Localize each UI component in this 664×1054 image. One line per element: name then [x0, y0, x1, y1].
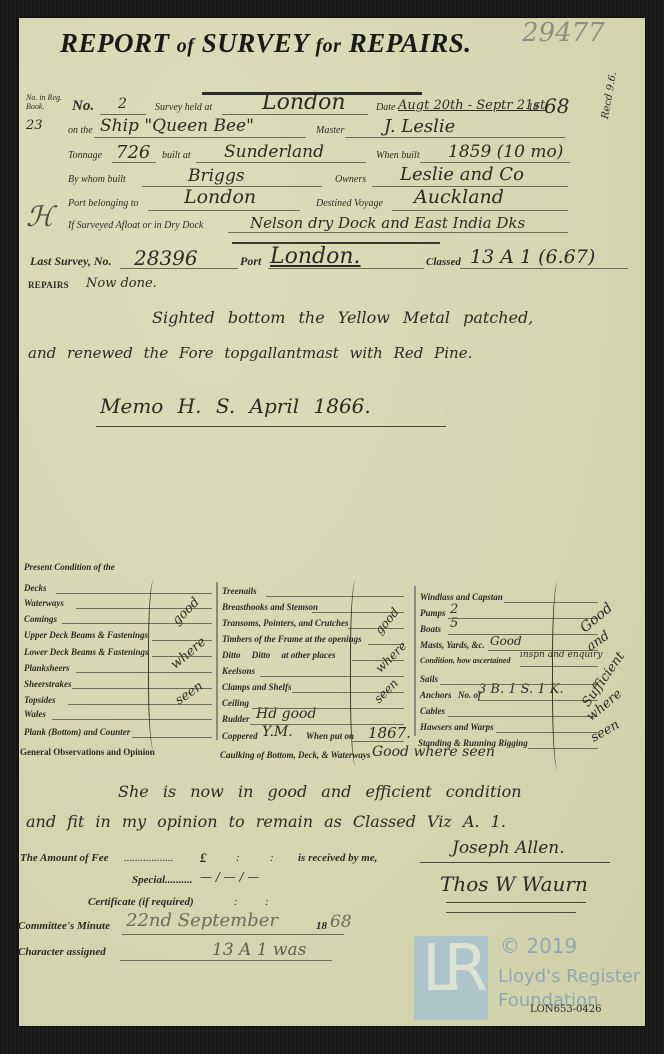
cond-transoms: Transoms, Pointers, and Crutches	[222, 618, 348, 628]
rudder-label: Rudder	[222, 714, 250, 724]
archive-number: 29477	[522, 18, 605, 48]
column-divider-1	[216, 582, 218, 740]
repairs-label: REPAIRS	[28, 280, 69, 290]
cond-cables: Cables	[420, 706, 445, 716]
cond-plank-bottom: Plank (Bottom) and Counter	[24, 727, 130, 737]
fee-sep-1: :	[236, 852, 240, 864]
tonnage-value: 726	[116, 142, 150, 163]
date-value: Augt 20th - Septr 21st	[398, 98, 545, 113]
when-put-on-value: 1867.	[368, 724, 411, 742]
special-label: Special..........	[132, 874, 193, 886]
character-assigned-value: 13 A 1 was	[212, 940, 306, 960]
owners-label: Owners	[335, 174, 366, 185]
by-whom-built-value: Briggs	[188, 166, 245, 186]
cond-ceiling: Ceiling	[222, 698, 249, 708]
surveyor-signature-2: Thos W Waurn	[440, 872, 588, 896]
year-prefix: 18	[528, 102, 538, 113]
page-title: REPORT of SURVEY for REPAIRS.	[60, 28, 472, 59]
cond-decks: Decks	[24, 583, 47, 593]
built-at-value: Sunderland	[224, 142, 324, 162]
cond-timbers-other: Ditto Ditto at other places	[222, 650, 336, 660]
port-belonging-label: Port belonging to	[68, 198, 139, 209]
date-label: Date	[376, 102, 395, 113]
cond-lower-deck-beams: Lower Deck Beams & Fastenings	[24, 647, 149, 657]
cond-boats: Boats	[420, 624, 441, 634]
character-assigned-label: Character assigned	[18, 946, 106, 958]
last-survey-label: Last Survey, No.	[30, 254, 112, 269]
port-belonging-value: London	[184, 186, 256, 208]
cond-timbers-openings: Timbers of the Frame at the openings	[222, 634, 362, 644]
cond-comings: Comings	[24, 614, 57, 624]
master-value: J. Leslie	[384, 116, 455, 137]
classed-value: 13 A 1 (6.67)	[470, 246, 595, 268]
brace-col-3	[552, 582, 566, 770]
fee-dots: ..................	[124, 852, 174, 864]
condition-heading: Present Condition of the	[24, 562, 115, 572]
cond-sails: Sails	[420, 674, 438, 684]
destined-voyage-value: Auckland	[414, 186, 504, 208]
by-whom-built-label: By whom built	[68, 174, 126, 185]
memo-line: Memo H. S. April 1866.	[100, 394, 371, 418]
repairs-line-1: Now done.	[86, 276, 157, 291]
margin-initials-left: ℋ	[26, 200, 54, 233]
tonnage-label: Tonnage	[68, 150, 102, 161]
last-survey-port-label: Port	[240, 254, 261, 269]
general-observations-label: General Observations and Opinion	[20, 747, 155, 757]
cond-wales: Wales	[24, 709, 46, 719]
committee-minute-value: 22nd September	[126, 910, 278, 931]
cond-rigging: Standing & Running Rigging	[418, 738, 528, 748]
last-survey-number: 28396	[134, 246, 198, 270]
no-value: 2	[118, 96, 127, 112]
cond-sheerstrakes: Sheerstrakes	[24, 679, 72, 689]
reg-book-label: No. in Reg. Book.	[26, 93, 66, 111]
owners-value: Leslie and Co	[400, 164, 524, 185]
watermark-org-line-1: Lloyd's Register	[498, 966, 640, 987]
repairs-line-3: and renewed the Fore topgallantmast with…	[28, 344, 472, 362]
brace-col-2	[350, 580, 364, 766]
master-label: Master	[316, 125, 344, 136]
cond-breasthooks: Breasthooks and Stemson	[222, 602, 318, 612]
opinion-line-1: She is now in good and efficient conditi…	[118, 782, 522, 801]
cond-treenails: Treenails	[222, 586, 257, 596]
committee-minute-label: Committee's Minute	[18, 920, 110, 932]
survey-held-label: Survey held at	[155, 102, 212, 113]
masts-value: Good	[490, 634, 522, 648]
opinion-line-2: and fit in my opinion to remain as Class…	[26, 812, 506, 831]
column-divider-2	[414, 586, 416, 736]
cond-anchors: Anchors	[420, 690, 452, 700]
watermark-copyright: © 2019	[500, 934, 577, 958]
destined-voyage-label: Destined Voyage	[316, 198, 383, 209]
brace-col-1	[148, 580, 162, 750]
ship-name: Ship "Queen Bee"	[100, 116, 254, 136]
last-survey-port-value: London.	[270, 244, 361, 269]
pumps-value: 2	[450, 602, 458, 617]
certificate-sep: : :	[234, 896, 269, 908]
coppered-label: Coppered	[222, 731, 258, 741]
coppered-value: Y.M.	[262, 724, 293, 740]
built-at-label: built at	[162, 150, 191, 161]
dock-label: If Surveyed Afloat or in Dry Dock	[68, 220, 203, 231]
fee-label: The Amount of Fee	[20, 852, 109, 864]
when-put-on-label: When put on	[306, 731, 354, 741]
year-value: 68	[544, 94, 569, 118]
fee-currency: £	[200, 850, 207, 866]
special-value: — / — / —	[200, 870, 259, 884]
cond-keelsons: Keelsons	[222, 666, 255, 676]
cond-upper-deck-beams: Upper Deck Beams & Fastenings	[24, 630, 148, 640]
cond-clamps: Clamps and Shelfs	[222, 682, 292, 692]
classed-label: Classed	[426, 256, 461, 268]
no-label: No.	[72, 98, 94, 115]
reg-book-value: 23	[26, 118, 43, 133]
repairs-line-2: Sighted bottom the Yellow Metal patched,	[152, 308, 533, 327]
survey-held-value: London	[262, 90, 346, 115]
when-built-value: 1859 (10 mo)	[448, 142, 563, 162]
committee-minute-year: 68	[330, 912, 352, 932]
cond-masts: Masts, Yards, &c.	[420, 640, 485, 650]
committee-minute-year-prefix: 18	[316, 920, 327, 932]
lr-logo: LR	[414, 936, 488, 1020]
cond-topsides: Topsides	[24, 695, 56, 705]
certificate-label: Certificate (if required)	[88, 896, 194, 908]
fee-sep-2: :	[270, 852, 274, 864]
received-label: is received by me,	[298, 852, 377, 864]
cond-waterways: Waterways	[24, 598, 64, 608]
dock-value: Nelson dry Dock and East India Dks	[250, 214, 525, 232]
caulking-label: Caulking of Bottom, Deck, & Waterways	[220, 750, 370, 760]
cond-pumps: Pumps	[420, 608, 446, 618]
on-the-label: on the	[68, 125, 93, 136]
cond-windlass: Windlass and Capstan	[420, 592, 503, 602]
cond-planksheers: Planksheers	[24, 663, 70, 673]
cond-ascertained: Condition, how ascertained	[420, 656, 510, 665]
cond-hawsers: Hawsers and Warps	[420, 722, 494, 732]
surveyor-signature-1: Joseph Allen.	[452, 838, 565, 858]
catalog-reference: LON653-0426	[530, 1004, 602, 1015]
when-built-label: When built	[376, 150, 420, 161]
